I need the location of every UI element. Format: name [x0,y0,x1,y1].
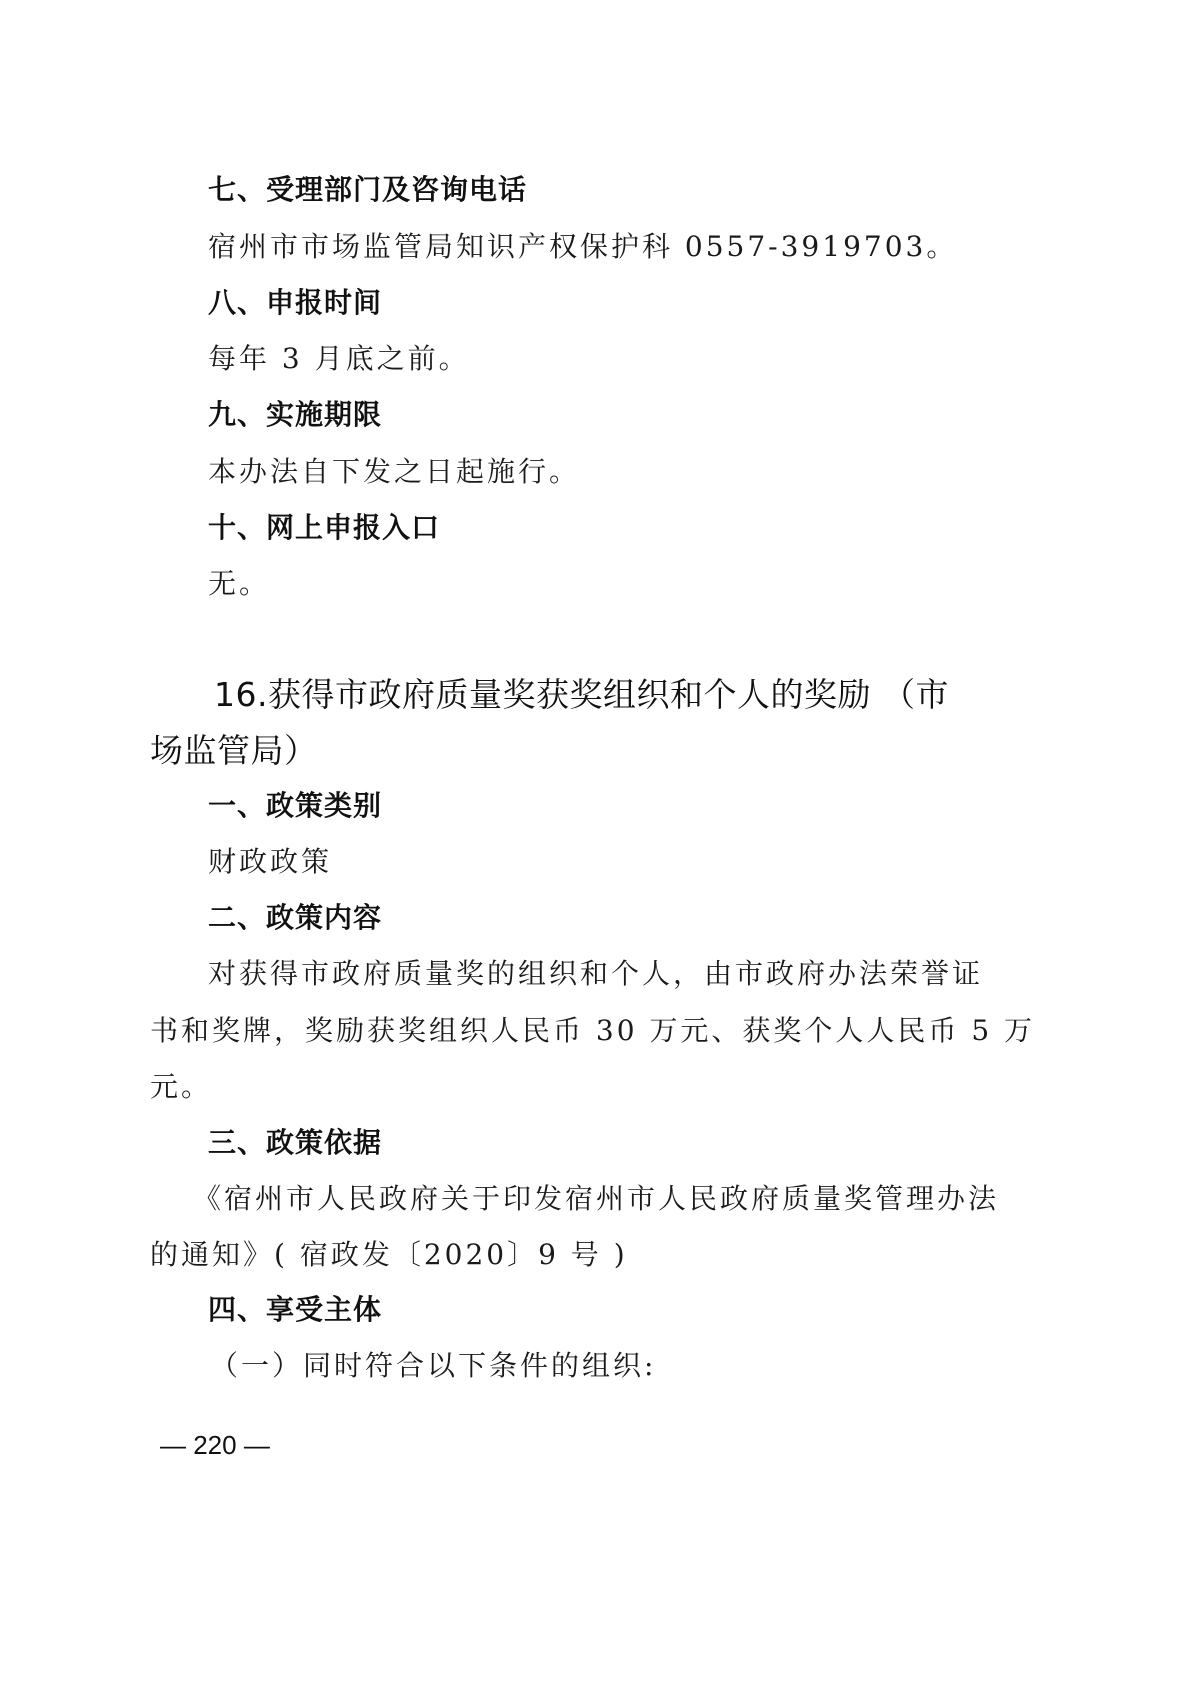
section-heading-application-time: 八、申报时间 [208,289,382,317]
section-body-policy-content-2: 书和奖牌，奖励获奖组织人民币 30 万元、获奖个人人民币 5 万 [150,1017,1035,1045]
section-heading-online-entry: 十、网上申报入口 [208,514,440,542]
section-body-contact: 宿州市市场监管局知识产权保护科 0557-3919703。 [208,233,957,261]
page-number: — 220 — [160,1432,270,1458]
section-heading-contact: 七、受理部门及咨询电话 [208,176,527,204]
section-heading-policy-content: 二、政策内容 [208,904,382,932]
policy-title-line-2: 场监管局） [150,734,318,767]
section-body-beneficiary: （一）同时符合以下条件的组织: [210,1352,656,1380]
section-heading-implementation-period: 九、实施期限 [208,401,382,429]
section-heading-beneficiary: 四、享受主体 [208,1296,382,1324]
section-body-policy-basis-1: 《宿州市人民政府关于印发宿州市人民政府质量奖管理办法 [193,1185,999,1213]
section-body-implementation-period: 本办法自下发之日起施行。 [208,458,580,486]
section-body-online-entry: 无。 [208,570,270,598]
section-body-application-time: 每年 3 月底之前。 [208,345,470,373]
section-body-policy-content-3: 元。 [150,1073,212,1101]
section-body-policy-basis-2: 的通知》( 宿政发〔2020〕9 号 ) [150,1241,628,1269]
section-heading-policy-basis: 三、政策依据 [208,1129,382,1157]
section-heading-policy-category: 一、政策类别 [208,792,382,820]
section-body-policy-category: 财政政策 [208,848,332,876]
policy-title-line-1: 16.获得市政府质量奖获奖组织和个人的奖励 （市 [214,678,949,711]
section-body-policy-content-1: 对获得市政府质量奖的组织和个人，由市政府办法荣誉证 [208,960,983,988]
